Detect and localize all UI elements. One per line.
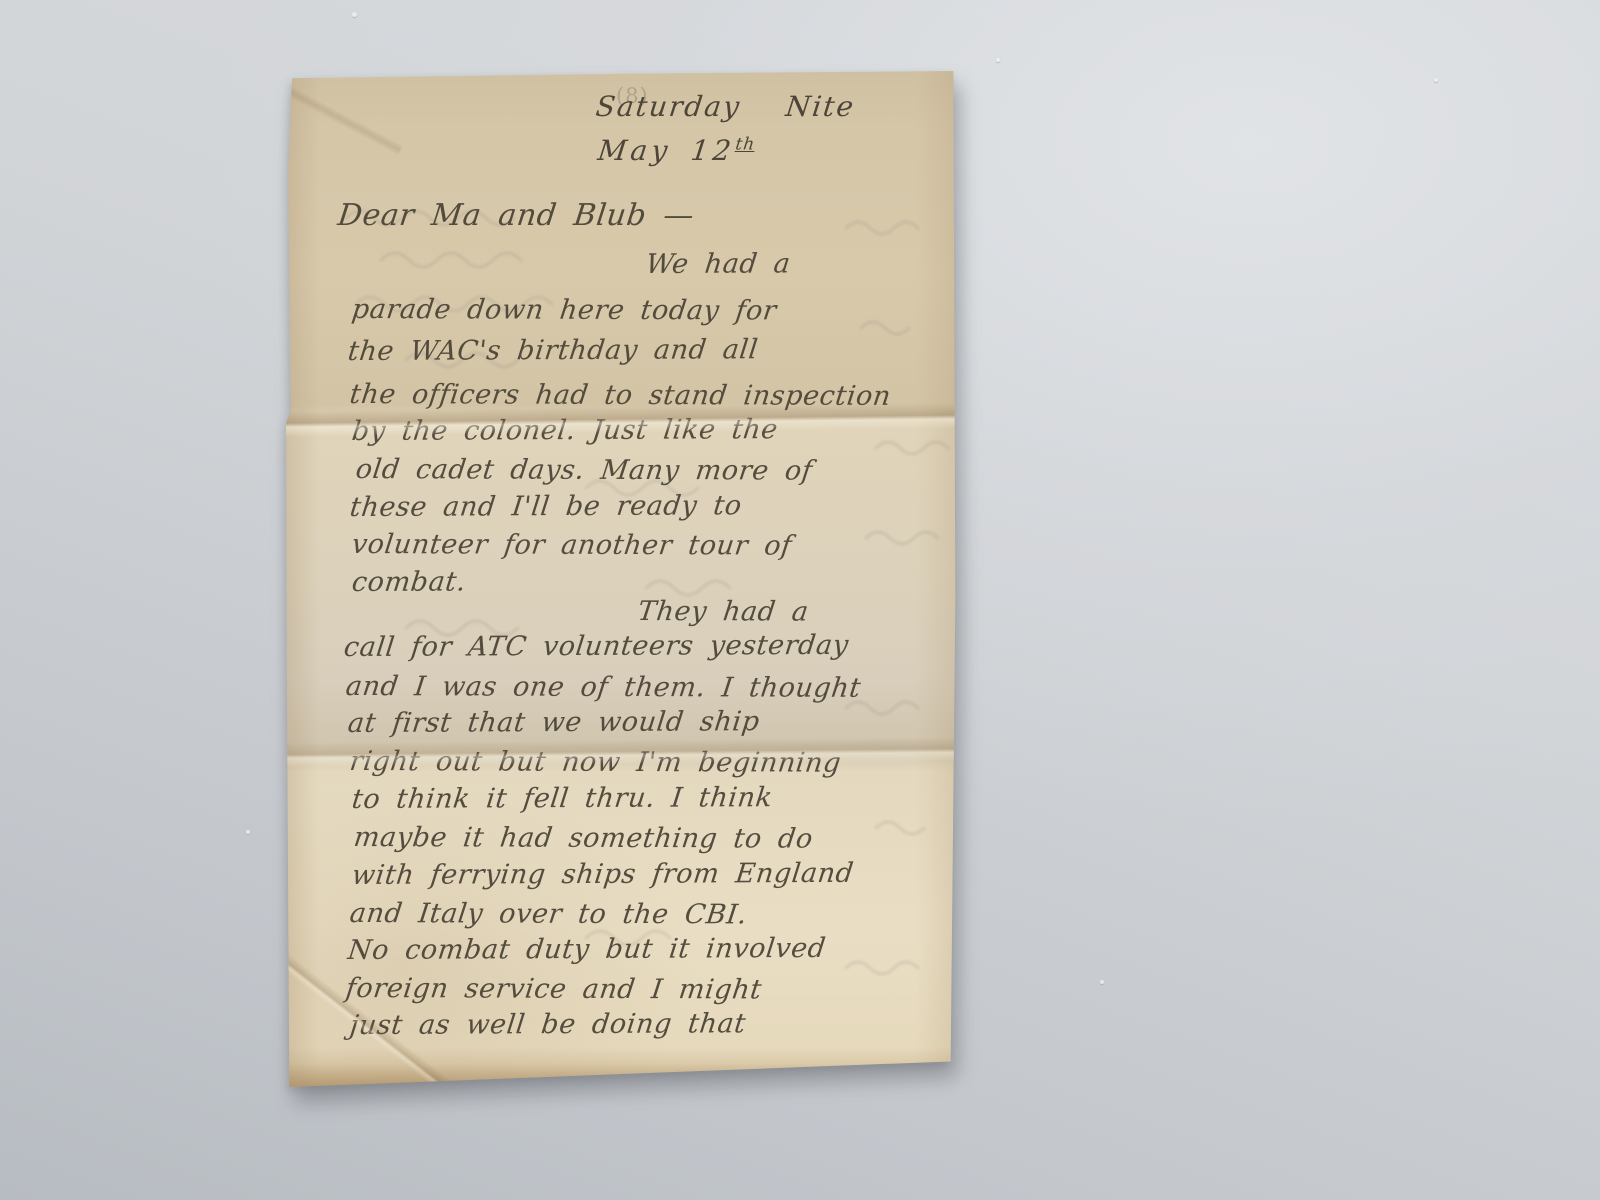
body-line: the WAC's birthday and all [346,334,760,367]
body-line: the officers had to stand inspection [348,379,893,412]
body-line: old cadet days. Many more of [354,454,814,487]
dateline-date-number: May 12 [596,134,737,167]
wall-speck [996,58,1000,62]
corner-crease-top-left [265,75,403,156]
wall-speck [246,830,250,834]
body-line: these and I'll be ready to [348,490,743,523]
body-line: and Italy over to the CBI. [348,898,749,930]
body-line: call for ATC volunteers yesterday [342,630,850,663]
body-line: at first that we would ship [346,706,761,739]
dateline-date: May 12th [596,134,757,167]
body-line: with ferrying ships from England [350,858,855,891]
body-line: foreign service and I might [344,973,764,1005]
body-line: combat. [350,567,468,598]
body-line: volunteer for another tour of [350,529,794,562]
salutation-line: Dear Ma and Blub — [336,198,696,233]
wall-speck [1434,78,1438,82]
body-line: We had a [644,248,792,280]
body-line: right out but now I'm beginning [348,746,843,779]
wall-speck [352,12,357,17]
dateline-date-ordinal: th [734,135,756,155]
body-line: and I was one of them. I thought [344,671,863,704]
body-line: maybe it had something to do [352,822,815,855]
dateline-day: Saturday Nite [594,90,857,123]
photo-background: (8) Saturday Nite May 12th Dear Ma and B… [0,0,1600,1200]
letter-page: (8) Saturday Nite May 12th Dear Ma and B… [286,68,956,1088]
body-line: parade down here today for [350,294,778,326]
body-line: They had a [636,596,811,628]
wall-speck [1100,980,1104,984]
body-line: by the colonel. Just like the [350,414,780,447]
letter-paper: (8) Saturday Nite May 12th Dear Ma and B… [286,68,956,1088]
body-line: No combat duty but it involved [346,933,827,966]
body-line: just as well be doing that [348,1008,747,1041]
body-line: to think it fell thru. I think [350,782,774,815]
